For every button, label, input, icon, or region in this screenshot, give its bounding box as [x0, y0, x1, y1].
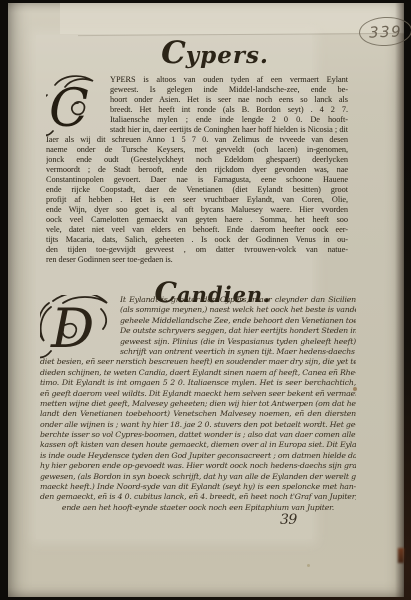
- body-lines: schrijft van ontrent veertich in synen t…: [40, 347, 356, 503]
- paper-stain: [126, 189, 128, 191]
- text-line: stadt hier in, daer eertijts de Coninghe…: [110, 125, 348, 135]
- printed-page-number: 39: [280, 512, 297, 528]
- text-line: kassen oft kisten van desen houte gemaec…: [40, 440, 356, 450]
- text-line: tijts Macaria, dats, Salich, geheeten . …: [46, 235, 348, 245]
- underlying-page-edge: [60, 3, 404, 34]
- drop-cap-initial-c: C: [46, 75, 103, 126]
- paper-stain: [353, 387, 357, 391]
- drop-cap-letter: C: [49, 79, 89, 139]
- text-line: vermoordt ; de Stadt berooft, ende den r…: [46, 165, 348, 175]
- text-line: geheele Middellandsche Zee, ende behoort…: [120, 316, 356, 326]
- text-line: metten wijne diet geeft, Malvesey geheet…: [40, 399, 356, 409]
- text-line: gewesen, (als Bordon in syn boeck schrij…: [40, 472, 356, 482]
- text-line: is inde oude Heydensce tyden den God Jup…: [40, 451, 356, 461]
- body-lines: stadt hier in, daer eertijts de Coninghe…: [46, 125, 348, 255]
- text-line: De outste schryvers seggen, dat hier eer…: [120, 326, 356, 336]
- text-line: hoort onder Asien. Het is seer nae noch …: [110, 95, 348, 105]
- text-line: maeckt heeft.) Inde Noord-syde van dit E…: [40, 482, 356, 492]
- text-line: Italiaensche mylen ; ende inde lengde 2 …: [110, 115, 348, 125]
- book-page: 339 Cypers. C YPERS is altoos van ouden …: [8, 3, 404, 597]
- text-line: den tijden toe-gevvijdt gevveest , om da…: [46, 245, 348, 255]
- text-line: jonck ende oudt (Geestelyckheyt noch Ede…: [46, 155, 348, 165]
- drop-cap-letter: D: [50, 297, 94, 360]
- section-heading-cypers: Cypers.: [50, 35, 380, 71]
- text-line: berchte isser so vol Cypres-boomen, datt…: [40, 430, 356, 440]
- text-line: YPERS is altoos van ouden tyden af een v…: [110, 75, 348, 85]
- text-line: profijt af hebben . Het is een seer vruc…: [46, 195, 348, 205]
- text-line: schrijft van ontrent veertich in synen t…: [120, 347, 356, 357]
- text-line: oock veel Camelotten gemaeckt van geyten…: [46, 215, 348, 225]
- scan-background: 339 Cypers. C YPERS is altoos van ouden …: [0, 0, 411, 600]
- text-line: timo. Dit Eylandt is int omgaen 5 2 0. I…: [40, 378, 356, 388]
- closing-line: ren deser Godinnen seer toe-gedaen is.: [46, 255, 348, 265]
- text-line: eñ geeft daerom veel wildts. Dit Eylandt…: [40, 389, 356, 399]
- paper-stain: [307, 564, 310, 567]
- text-line: ende Wijn, dyer soo goet is, al oft byca…: [46, 205, 348, 215]
- text-line: geweest sijn. Plinius (die in Vespasianu…: [120, 337, 356, 347]
- page-edge-shadow: [395, 3, 404, 597]
- text-line: vele, datet niet veel van elders en beho…: [46, 225, 348, 235]
- text-line: naeme onder de Tursche Keysers, met gevv…: [46, 145, 348, 155]
- paragraph-cypers: C YPERS is altoos van ouden tyden af een…: [46, 75, 348, 269]
- text-line: (als sommige meynen,) naest welck het oo…: [120, 305, 356, 315]
- closing-line: ende aen het hooft-eynde staeter oock no…: [40, 503, 356, 513]
- text-line: geweest. Is gelegen inde Middel-landsche…: [110, 85, 348, 95]
- text-line: den gemaeckt, eñ is 4 0. cubitus lanck, …: [40, 492, 356, 502]
- text-line: Constantinopolen gevoert. Daer nae is Fa…: [46, 175, 348, 185]
- text-line: hy hier geboren ende op-gevoedt was. Hie…: [40, 461, 356, 471]
- text-line: dieden schijnen, te weten Candia, daert …: [40, 368, 356, 378]
- text-line: breedt. Het heeft int ronde (als B. Bord…: [110, 105, 348, 115]
- text-line: landt den Venetianen toebehoort) Venetsc…: [40, 409, 356, 419]
- text-line: ende rijcke Coopstadt, daer de Venetiane…: [46, 185, 348, 195]
- text-line: It Eylandt is grooter dan Cypers, maer c…: [120, 295, 356, 305]
- binding-stain: [398, 548, 404, 563]
- drop-cap-initial-d: D: [40, 295, 113, 348]
- paragraph-candien: D It Eylandt is grooter dan Cypers, maer…: [40, 295, 356, 517]
- text-line: onder alle wijnen is ; want hy hier 18. …: [40, 420, 356, 430]
